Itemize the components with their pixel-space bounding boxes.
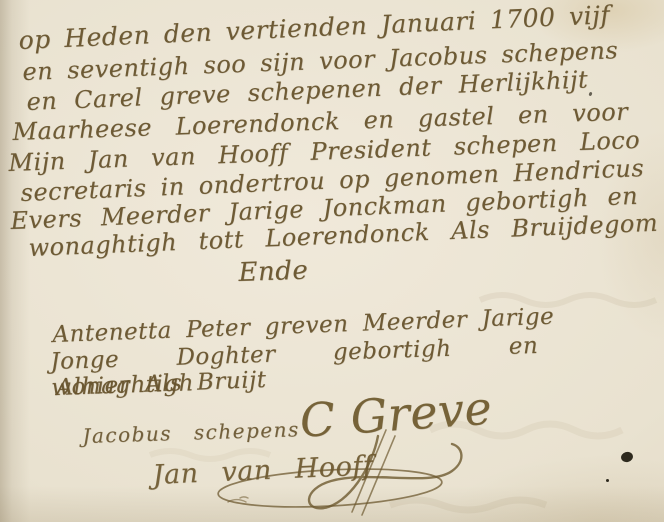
signature-jan-van-hooff: Jan van Hooff bbox=[152, 450, 374, 491]
ink-blot bbox=[620, 451, 634, 464]
ink-speck bbox=[588, 92, 592, 97]
handwritten-word-ende: Ende bbox=[238, 256, 309, 288]
ink-speck bbox=[228, 497, 248, 502]
bleed-through-smudge bbox=[390, 500, 546, 510]
bleed-through-smudge bbox=[480, 295, 656, 305]
manuscript-page: op Heden den vertienden Januari 1700 vij… bbox=[0, 0, 664, 522]
ink-speck bbox=[606, 479, 609, 482]
signature-jacobus-schepens: Jacobus schepens bbox=[82, 417, 300, 448]
